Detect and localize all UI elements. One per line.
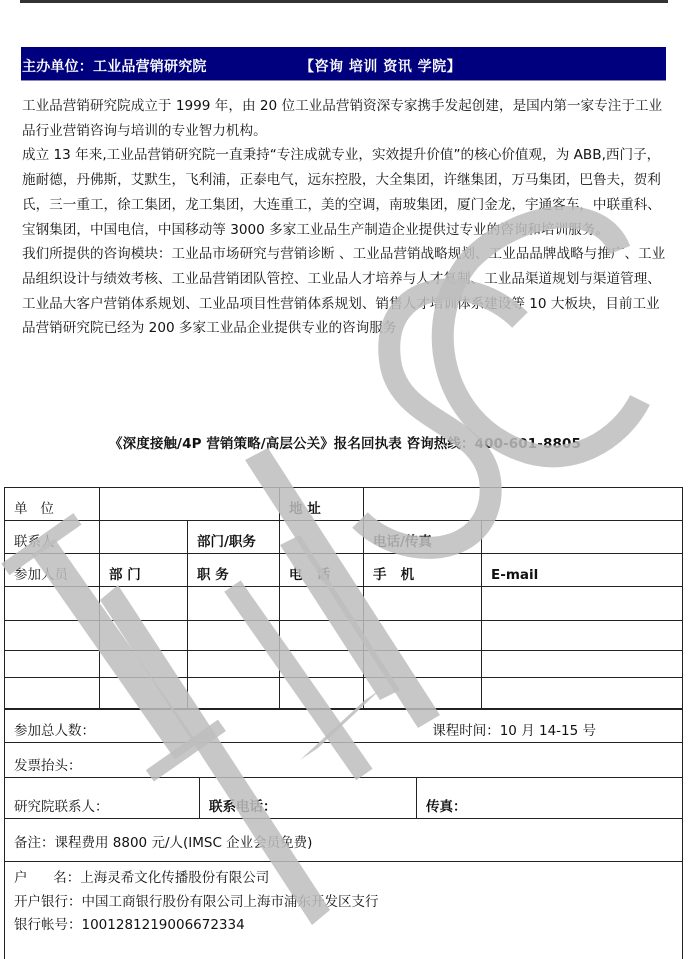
attendee-email-cell[interactable] <box>482 678 683 710</box>
fax-label: 传真： <box>426 799 467 815</box>
attendees-label: 参加人员 <box>5 554 100 587</box>
attendee-row <box>5 621 683 651</box>
note-cell: 备注：课程费用 8800 元/人(IMSC 企业会员免费) <box>5 819 683 862</box>
row-unit: 单 位 地 址 <box>5 488 683 521</box>
account-number: 银行帐号：1001281219006672334 <box>14 914 674 938</box>
fax-cell[interactable]: 传真： <box>417 778 683 819</box>
attendee-row <box>5 587 683 621</box>
service-tags: 【咨询 培训 资讯 学院】 <box>300 56 461 76</box>
registration-table: 单 位 地 址 联系人 部门/职务 电话/传真 参加人员 部 门 职 务 电 话… <box>4 487 683 710</box>
attendee-mobile-cell[interactable] <box>364 587 482 621</box>
row-note: 备注：课程费用 8800 元/人(IMSC 企业会员免费) <box>5 819 683 862</box>
intro-paragraph-2: 成立 13 年来,工业品营销研究院一直秉持“专注成就专业，实效提升价值”的核心价… <box>22 143 670 242</box>
phone-fax-label: 电话/传真 <box>364 521 482 554</box>
attendee-dept-cell[interactable] <box>100 651 188 678</box>
col-title: 职 务 <box>188 554 280 587</box>
attendee-email-cell[interactable] <box>482 621 683 651</box>
bank-info-cell: 户 名：上海灵希文化传播股份有限公司 开户银行：中国工商银行股份有限公司上海市浦… <box>5 862 683 959</box>
account-name: 户 名：上海灵希文化传播股份有限公司 <box>14 867 674 891</box>
attendee-mobile-cell[interactable] <box>364 621 482 651</box>
phone-fax-field[interactable] <box>482 521 683 554</box>
course-time: 课程时间：10 月 14-15 号 <box>432 719 596 739</box>
organizer-banner: 主办单位：工业品营销研究院 【咨询 培训 资讯 学院】 <box>21 47 666 81</box>
bank-name: 开户银行：中国工商银行股份有限公司上海市浦东开发区支行 <box>14 891 674 915</box>
row-invoice: 发票抬头： <box>5 743 683 778</box>
form-title: 《深度接触/4P 营销策略/高层公关》报名回执表 咨询热线：400-601-88… <box>0 432 690 452</box>
attendee-dept-cell[interactable] <box>100 678 188 710</box>
total-cell[interactable]: 参加总人数： 课程时间：10 月 14-15 号 <box>5 709 683 743</box>
registration-footer-table: 参加总人数： 课程时间：10 月 14-15 号 发票抬头： 研究院联系人： 联… <box>4 708 683 959</box>
col-phone: 电 话 <box>280 554 364 587</box>
unit-field[interactable] <box>100 488 280 521</box>
institute-contact-label: 研究院联系人： <box>14 799 109 815</box>
contact-phone-cell[interactable]: 联系电话： <box>200 778 417 819</box>
attendee-phone-cell[interactable] <box>280 678 364 710</box>
organizer-label: 主办单位：工业品营销研究院 <box>22 56 207 76</box>
attendee-row <box>5 651 683 678</box>
contact-phone-label: 联系电话： <box>209 799 277 815</box>
col-dept: 部 门 <box>100 554 188 587</box>
attendee-row <box>5 678 683 710</box>
top-rule <box>20 0 668 3</box>
attendee-title-cell[interactable] <box>188 587 280 621</box>
invoice-label: 发票抬头： <box>14 758 82 774</box>
attendee-title-cell[interactable] <box>188 678 280 710</box>
row-contact: 联系人 部门/职务 电话/传真 <box>5 521 683 554</box>
attendee-name-cell[interactable] <box>5 678 100 710</box>
intro-text: 工业品营销研究院成立于 1999 年，由 20 位工业品营销资深专家携手发起创建… <box>22 94 670 341</box>
institute-contact-cell[interactable]: 研究院联系人： <box>5 778 200 819</box>
row-bank: 户 名：上海灵希文化传播股份有限公司 开户银行：中国工商银行股份有限公司上海市浦… <box>5 862 683 959</box>
total-label: 参加总人数： <box>14 723 95 739</box>
attendee-dept-cell[interactable] <box>100 587 188 621</box>
attendee-mobile-cell[interactable] <box>364 651 482 678</box>
attendee-email-cell[interactable] <box>482 651 683 678</box>
row-total: 参加总人数： 课程时间：10 月 14-15 号 <box>5 709 683 743</box>
attendee-name-cell[interactable] <box>5 651 100 678</box>
attendee-email-cell[interactable] <box>482 587 683 621</box>
row-attendee-header: 参加人员 部 门 职 务 电 话 手 机 E-mail <box>5 554 683 587</box>
attendee-phone-cell[interactable] <box>280 587 364 621</box>
col-email: E-mail <box>482 554 683 587</box>
attendee-title-cell[interactable] <box>188 621 280 651</box>
dept-title-field[interactable] <box>280 521 364 554</box>
attendee-name-cell[interactable] <box>5 587 100 621</box>
address-field[interactable] <box>364 488 683 521</box>
contact-label: 联系人 <box>5 521 100 554</box>
attendee-name-cell[interactable] <box>5 621 100 651</box>
dept-title-label: 部门/职务 <box>188 521 280 554</box>
attendee-phone-cell[interactable] <box>280 651 364 678</box>
row-institute-contact: 研究院联系人： 联系电话： 传真： <box>5 778 683 819</box>
contact-field[interactable] <box>100 521 188 554</box>
address-label: 地 址 <box>280 488 364 521</box>
attendee-title-cell[interactable] <box>188 651 280 678</box>
attendee-mobile-cell[interactable] <box>364 678 482 710</box>
intro-paragraph-3: 我们所提供的咨询模块：工业品市场研究与营销诊断 、工业品营销战略规划、工业品品牌… <box>22 242 670 341</box>
intro-paragraph-1: 工业品营销研究院成立于 1999 年，由 20 位工业品营销资深专家携手发起创建… <box>22 94 670 143</box>
invoice-cell[interactable]: 发票抬头： <box>5 743 683 778</box>
attendee-phone-cell[interactable] <box>280 621 364 651</box>
col-mobile: 手 机 <box>364 554 482 587</box>
unit-label: 单 位 <box>5 488 100 521</box>
attendee-dept-cell[interactable] <box>100 621 188 651</box>
